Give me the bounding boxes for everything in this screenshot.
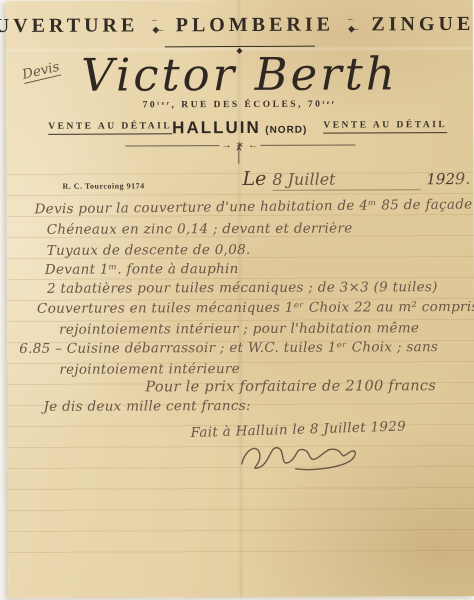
- ornament-diamond-icon: –◆–: [152, 14, 162, 35]
- handwritten-line: 6.85 – Cuisine débarrassoir ; et W.C. tu…: [19, 339, 438, 357]
- handwritten-line: rejointoiement intérieure: [59, 361, 240, 378]
- department-name: (NORD): [265, 125, 307, 136]
- ornament-diamond-icon: –◆–: [348, 13, 358, 34]
- handwritten-line: 2 tabatières pour tuiles mécaniques ; de…: [47, 279, 438, 297]
- arrow-right-icon: →: [220, 140, 234, 151]
- handwritten-price-line: Pour le prix forfaitaire de 2100 francs: [145, 378, 436, 395]
- city-name: HALLUIN: [172, 118, 261, 137]
- trade-plomberie: PLOMBERIE: [176, 14, 334, 38]
- registry-number: R. C. Tourcoing 9174: [62, 181, 144, 190]
- handwritten-line: Couvertures en tuiles mécaniques 1ᵉʳ Cho…: [37, 299, 474, 317]
- date-line: Le8 Juillet1929.: [242, 167, 470, 191]
- vente-au-detail-right: VENTE AU DÉTAIL: [323, 120, 447, 134]
- signature: [236, 437, 366, 480]
- address-line: 70ᵗᵉʳ, RUE DES ÉCOLES, 70ᵗᵉʳ: [6, 99, 473, 111]
- arrow-left-icon: ←: [246, 140, 260, 151]
- arrow-up-icon: ↑: [234, 137, 244, 172]
- written-date: 8 Juillet: [272, 170, 335, 189]
- handwritten-line: Tuyaux de descente de 0,08.: [47, 242, 251, 259]
- trades-header: COUVERTURE –◆– PLOMBERIE –◆– ZINGUERIE: [6, 13, 473, 38]
- handwritten-line: Devis pour la couverture d'une habitatio…: [35, 196, 473, 217]
- divider-line: [260, 144, 355, 145]
- handwritten-line: rejointoiements intérieur ; pour l'habit…: [59, 320, 419, 338]
- handwritten-line: Devant 1ᵐ. fonte à dauphin: [45, 261, 239, 278]
- proprietor-name: Victor Berth: [6, 47, 473, 102]
- written-year-digit: 9.: [455, 169, 470, 188]
- trade-couverture: COUVERTURE: [0, 14, 138, 38]
- paper-sheet: COUVERTURE –◆– PLOMBERIE –◆– ZINGUERIE ◆…: [6, 0, 474, 598]
- divider-line: [125, 145, 220, 146]
- printed-le: Le: [242, 168, 266, 190]
- handwritten-line: Chéneaux en zinc 0,14 ; devant et derriè…: [47, 221, 353, 238]
- trade-zinguerie: ZINGUERIE: [371, 13, 474, 37]
- printed-year-prefix: 192: [426, 170, 455, 188]
- handwritten-line: Je dis deux mille cent francs:: [43, 398, 250, 415]
